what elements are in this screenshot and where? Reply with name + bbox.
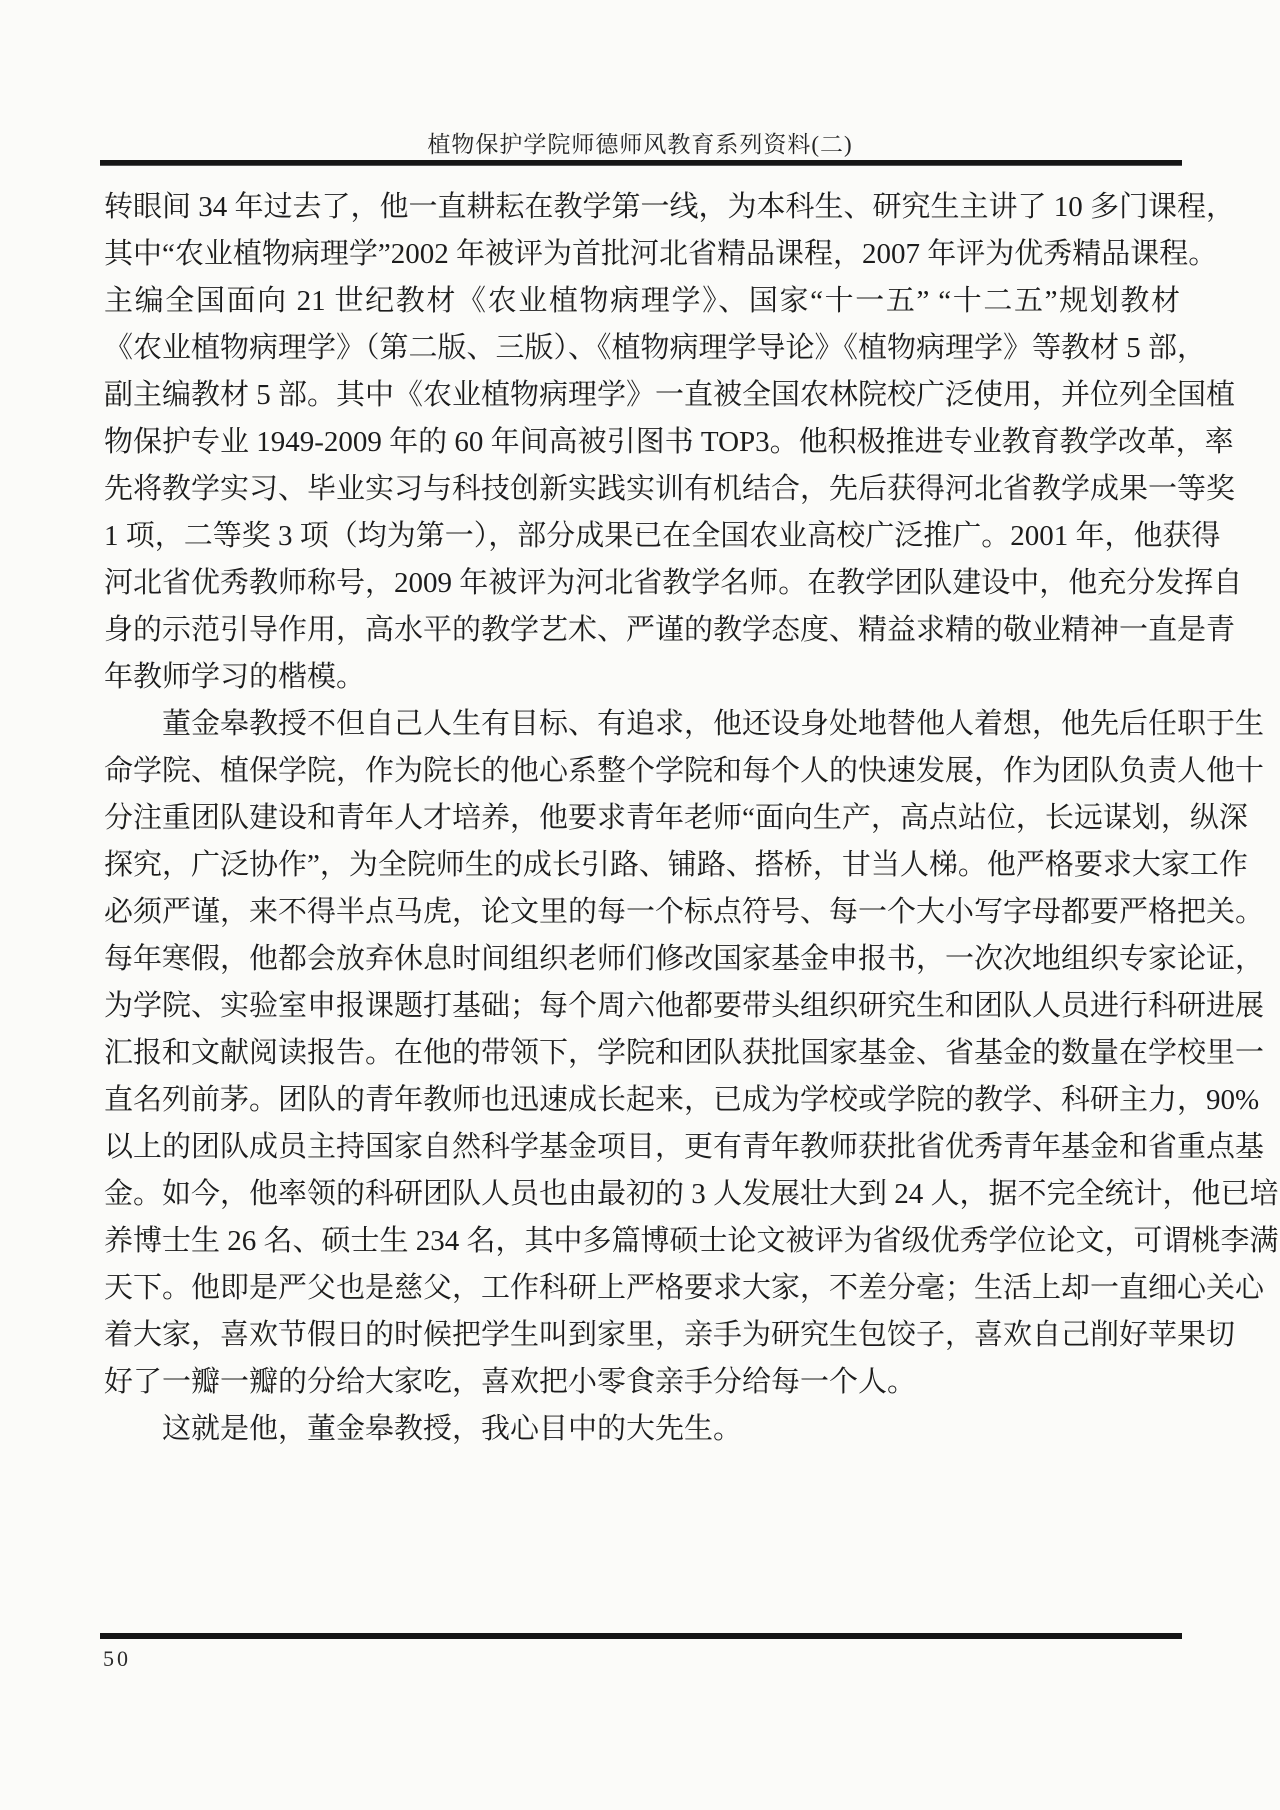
document-body: 转眼间 34 年过去了，他一直耕耘在教学第一线，为本科生、研究生主讲了 10 多…: [104, 184, 1180, 1453]
text-line: 这就是他，董金皋教授，我心目中的大先生。: [104, 1406, 1180, 1453]
text-line: 金。如今，他率领的科研团队人员也由最初的 3 人发展壮大到 24 人，据不完全统…: [104, 1171, 1180, 1218]
text-line: 直名列前茅。团队的青年教师也迅速成长起来，已成为学校或学院的教学、科研主力，90…: [104, 1077, 1180, 1124]
text-line: 好了一瓣一瓣的分给大家吃，喜欢把小零食亲手分给每一个人。: [104, 1359, 1180, 1406]
text-line: 《农业植物病理学》（第二版、三版）、《植物病理学导论》《植物病理学》等教材 5 …: [104, 325, 1180, 372]
header-rule: [100, 160, 1182, 166]
page-number: 50: [103, 1646, 131, 1672]
document-page: 植物保护学院师德师风教育系列资料(二) 转眼间 34 年过去了，他一直耕耘在教学…: [0, 0, 1280, 1810]
text-line: 天下。他即是严父也是慈父，工作科研上严格要求大家，不差分毫；生活上却一直细心关心: [104, 1265, 1180, 1312]
text-line: 副主编教材 5 部。其中《农业植物病理学》一直被全国农林院校广泛使用，并位列全国…: [104, 372, 1180, 419]
text-line: 命学院、植保学院，作为院长的他心系整个学院和每个人的快速发展，作为团队负责人他十: [104, 748, 1180, 795]
text-line: 1 项，二等奖 3 项（均为第一），部分成果已在全国农业高校广泛推广。2001 …: [104, 513, 1180, 560]
text-line: 主编全国面向 21 世纪教材《农业植物病理学》、国家“十一五” “十二五”规划教…: [104, 278, 1180, 325]
text-line: 身的示范引导作用，高水平的教学艺术、严谨的教学态度、精益求精的敬业精神一直是青: [104, 607, 1180, 654]
text-line: 每年寒假，他都会放弃休息时间组织老师们修改国家基金申报书，一次次地组织专家论证，: [104, 936, 1180, 983]
text-line: 汇报和文献阅读报告。在他的带领下，学院和团队获批国家基金、省基金的数量在学校里一: [104, 1030, 1180, 1077]
text-line: 转眼间 34 年过去了，他一直耕耘在教学第一线，为本科生、研究生主讲了 10 多…: [104, 184, 1180, 231]
text-line: 先将教学实习、毕业实习与科技创新实践实训有机结合，先后获得河北省教学成果一等奖: [104, 466, 1180, 513]
text-line: 养博士生 26 名、硕士生 234 名，其中多篇博硕士论文被评为省级优秀学位论文…: [104, 1218, 1180, 1265]
page-header-title: 植物保护学院师德师风教育系列资料(二): [0, 126, 1280, 159]
text-line: 河北省优秀教师称号，2009 年被评为河北省教学名师。在教学团队建设中，他充分发…: [104, 560, 1180, 607]
text-line: 必须严谨，来不得半点马虎，论文里的每一个标点符号、每一个大小写字母都要严格把关。: [104, 889, 1180, 936]
text-line: 董金皋教授不但自己人生有目标、有追求，他还设身处地替他人着想，他先后任职于生: [104, 701, 1180, 748]
text-line: 物保护专业 1949-2009 年的 60 年间高被引图书 TOP3。他积极推进…: [104, 419, 1180, 466]
footer-rule: [100, 1633, 1182, 1639]
text-line: 为学院、实验室申报课题打基础；每个周六他都要带头组织研究生和团队人员进行科研进展: [104, 983, 1180, 1030]
text-line: 分注重团队建设和青年人才培养，他要求青年老师“面向生产，高点站位，长远谋划，纵深: [104, 795, 1180, 842]
text-line: 以上的团队成员主持国家自然科学基金项目，更有青年教师获批省优秀青年基金和省重点基: [104, 1124, 1180, 1171]
text-line: 其中“农业植物病理学”2002 年被评为首批河北省精品课程，2007 年评为优秀…: [104, 231, 1180, 278]
text-line: 着大家，喜欢节假日的时候把学生叫到家里，亲手为研究生包饺子，喜欢自己削好苹果切: [104, 1312, 1180, 1359]
text-line: 探究，广泛协作”，为全院师生的成长引路、铺路、搭桥，甘当人梯。他严格要求大家工作: [104, 842, 1180, 889]
text-line: 年教师学习的楷模。: [104, 654, 1180, 701]
